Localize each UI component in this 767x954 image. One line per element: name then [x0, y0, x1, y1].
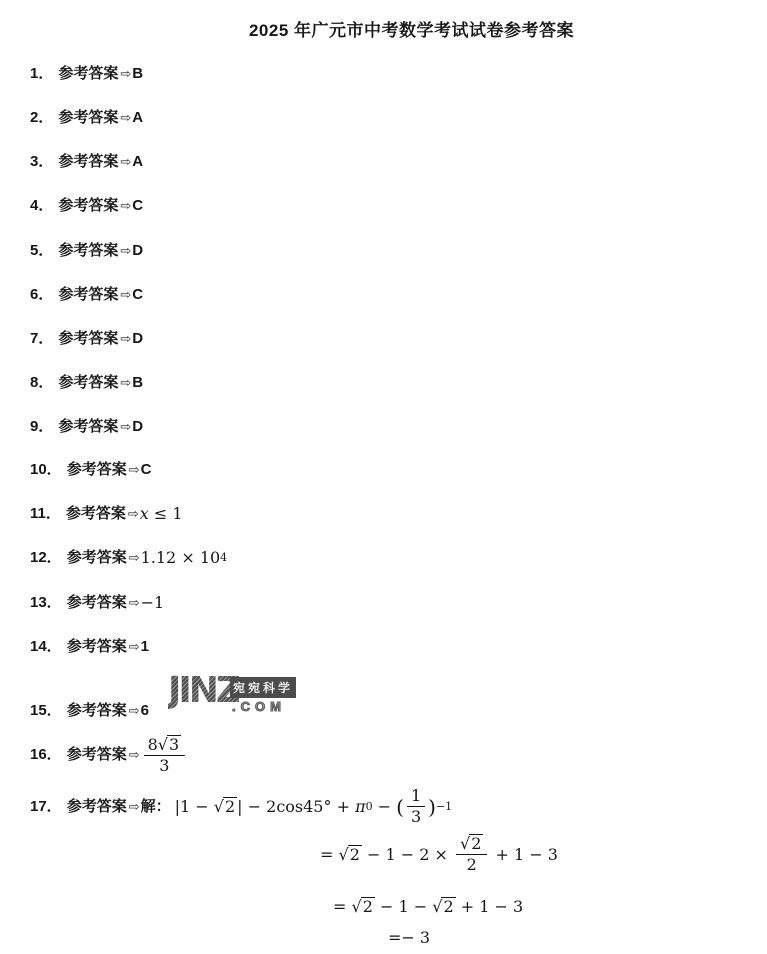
- sqrt-radical: √2: [214, 797, 237, 817]
- item-number: 9．: [30, 417, 53, 437]
- arrow-icon: ⇨: [129, 460, 140, 480]
- answer-row-7: 7．参考答案⇨D: [30, 329, 143, 349]
- item-label: 参考答案: [67, 701, 127, 721]
- item-value: C: [132, 196, 143, 216]
- sqrt-radical: √3: [158, 735, 181, 754]
- arrow-icon: ⇨: [120, 64, 131, 84]
- item-number: 17．: [30, 797, 62, 817]
- fraction: 8√33: [144, 735, 186, 776]
- watermark-badge: 宛宛科学: [230, 677, 296, 698]
- sqrt-radical: √2: [432, 897, 455, 916]
- item-number: 7．: [30, 329, 53, 349]
- item-label: 参考答案: [66, 504, 126, 524]
- answer-row-1: 1．参考答案⇨B: [30, 64, 143, 84]
- arrow-icon: ⇨: [120, 108, 131, 128]
- item-number: 6．: [30, 285, 53, 305]
- answer-row-10: 10．参考答案⇨C: [30, 460, 151, 480]
- sqrt-radical: √2: [339, 845, 362, 864]
- sqrt-radical: √2: [352, 897, 375, 916]
- arrow-icon: ⇨: [120, 329, 131, 349]
- item-label: 参考答案: [67, 593, 127, 613]
- answer-sheet-page: 2025 年广元市中考数学考试试卷参考答案 1．参考答案⇨B 2．参考答案⇨A …: [0, 0, 767, 954]
- arrow-icon: ⇨: [129, 637, 140, 657]
- answer-row-15: 15．参考答案⇨6: [30, 701, 149, 721]
- arrow-icon: ⇨: [129, 593, 140, 613]
- item-number: 1．: [30, 64, 53, 84]
- watermark: JINZ 宛宛科学 .COM: [168, 660, 333, 724]
- pi-symbol: π: [355, 797, 366, 817]
- item-label: 参考答案: [58, 417, 118, 437]
- item-number: 14．: [30, 637, 62, 657]
- item-value: B: [132, 64, 143, 84]
- item-label: 参考答案: [58, 108, 118, 128]
- arrow-icon: ⇨: [120, 285, 131, 305]
- item-value: D: [132, 417, 143, 437]
- answer-row-2: 2．参考答案⇨A: [30, 108, 143, 128]
- arrow-icon: ⇨: [120, 417, 131, 437]
- item-value: C: [141, 460, 152, 480]
- answer-row-11: 11．参考答案⇨x ≤ 1: [30, 504, 183, 524]
- item-label: 参考答案: [67, 460, 127, 480]
- item-label: 参考答案: [58, 196, 118, 216]
- item-value: 6: [141, 701, 149, 721]
- item-number: 5．: [30, 241, 53, 261]
- arrow-icon: ⇨: [129, 548, 140, 568]
- item-number: 13．: [30, 593, 62, 613]
- answer-row-8: 8．参考答案⇨B: [30, 373, 143, 393]
- left-paren: (: [396, 797, 404, 817]
- arrow-icon: ⇨: [129, 745, 140, 765]
- answer-row-5: 5．参考答案⇨D: [30, 241, 143, 261]
- item-value: A: [132, 152, 143, 172]
- arrow-icon: ⇨: [128, 504, 139, 524]
- arrow-icon: ⇨: [120, 241, 131, 261]
- item-value-math: x ≤ 1: [140, 504, 183, 524]
- item-number: 2．: [30, 108, 53, 128]
- item-value: D: [132, 329, 143, 349]
- answer-row-12: 12．参考答案⇨1.12 × 104: [30, 548, 227, 568]
- item-label: 参考答案: [58, 285, 118, 305]
- equation-line-2: = √2 − 1 − √2 + 1 − 3: [333, 897, 523, 916]
- item-label: 参考答案: [67, 745, 127, 765]
- arrow-icon: ⇨: [120, 152, 131, 172]
- fraction: √22: [456, 834, 487, 875]
- equation-line-1: = √2 − 1 − 2 × √22 + 1 − 3: [320, 834, 558, 875]
- answer-row-3: 3．参考答案⇨A: [30, 152, 143, 172]
- right-paren: ): [428, 797, 436, 817]
- item-label: 参考答案: [67, 548, 127, 568]
- solve-prefix: 解：: [141, 797, 171, 817]
- item-number: 3．: [30, 152, 53, 172]
- answer-row-6: 6．参考答案⇨C: [30, 285, 143, 305]
- answer-row-9: 9．参考答案⇨D: [30, 417, 143, 437]
- fraction: 13: [407, 787, 425, 827]
- answer-row-14: 14．参考答案⇨1: [30, 637, 149, 657]
- arrow-icon: ⇨: [129, 797, 140, 817]
- item-label: 参考答案: [58, 152, 118, 172]
- item-value-math: 1.12 × 104: [141, 548, 228, 568]
- item-label: 参考答案: [67, 637, 127, 657]
- watermark-logo-text: JINZ: [168, 673, 239, 709]
- item-number: 12．: [30, 548, 62, 568]
- item-expression: |1 − √2| − 2cos45° + π0 − (13)−1: [175, 787, 453, 827]
- item-number: 11．: [30, 504, 61, 524]
- item-value: A: [132, 108, 143, 128]
- item-value: D: [132, 241, 143, 261]
- page-title: 2025 年广元市中考数学考试试卷参考答案: [28, 16, 767, 41]
- item-number: 16．: [30, 745, 62, 765]
- item-label: 参考答案: [58, 64, 118, 84]
- arrow-icon: ⇨: [120, 373, 131, 393]
- arrow-icon: ⇨: [129, 701, 140, 721]
- item-number: 4．: [30, 196, 53, 216]
- item-value: C: [132, 285, 143, 305]
- item-value-math: −1: [141, 593, 165, 613]
- watermark-domain: .COM: [232, 699, 286, 714]
- sqrt-radical: √2: [460, 834, 483, 853]
- answer-row-13: 13．参考答案⇨−1: [30, 593, 164, 613]
- item-value: B: [132, 373, 143, 393]
- item-number: 15．: [30, 701, 62, 721]
- answer-row-17: 17．参考答案⇨解：|1 − √2| − 2cos45° + π0 − (13)…: [30, 787, 452, 827]
- item-label: 参考答案: [58, 241, 118, 261]
- item-label: 参考答案: [67, 797, 127, 817]
- item-number: 10．: [30, 460, 62, 480]
- equation-line-3: =− 3: [388, 928, 430, 947]
- item-label: 参考答案: [58, 373, 118, 393]
- arrow-icon: ⇨: [120, 196, 131, 216]
- answer-row-16: 16．参考答案⇨8√33: [30, 735, 188, 776]
- item-value: 1: [141, 637, 149, 657]
- item-value-math: 8√33: [141, 735, 189, 776]
- item-label: 参考答案: [58, 329, 118, 349]
- answer-row-4: 4．参考答案⇨C: [30, 196, 143, 216]
- item-number: 8．: [30, 373, 53, 393]
